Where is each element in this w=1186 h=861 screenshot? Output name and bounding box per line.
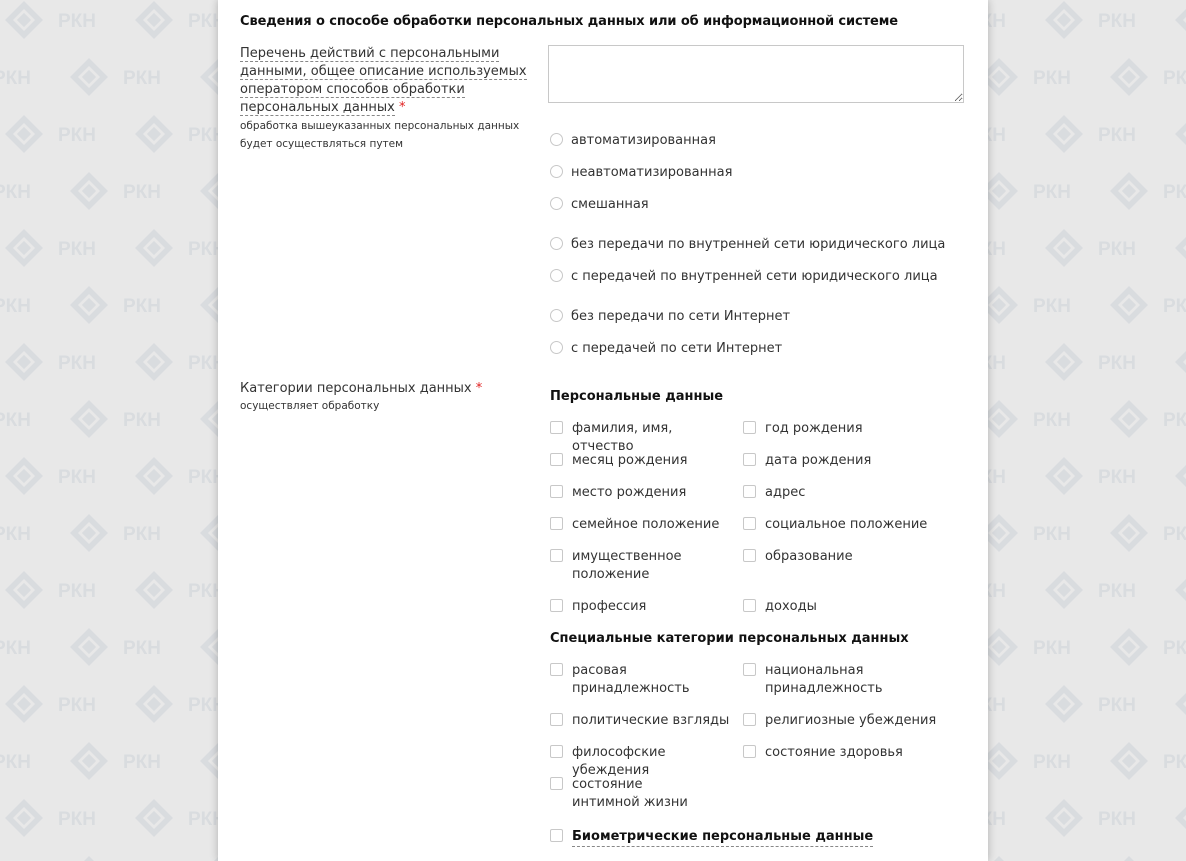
checkbox-political-views[interactable]: политические взгляды [550, 712, 735, 730]
checkbox-icon[interactable] [743, 663, 756, 676]
checkbox-birth-month[interactable]: месяц рождения [550, 452, 735, 470]
radio-icon[interactable] [550, 133, 563, 146]
categories-field-hint: осуществляет обработку [240, 398, 540, 414]
checkbox-birth-date[interactable]: дата рождения [743, 452, 871, 470]
checkbox-icon[interactable] [550, 713, 563, 726]
label-line: оператором способов обработки [240, 82, 465, 98]
checkbox-icon[interactable] [550, 829, 563, 842]
checkbox-icon[interactable] [743, 713, 756, 726]
checkbox-race[interactable]: расовая принадлежность [550, 662, 690, 698]
checkbox-icon[interactable] [550, 421, 563, 434]
option-label: семейное положение [572, 516, 719, 534]
actions-field-label: Перечень действий с персональными данным… [240, 45, 530, 153]
option-label: автоматизированная [571, 132, 716, 150]
option-label: философские убеждения [572, 744, 740, 780]
option-label: имущественное положение [572, 548, 690, 584]
radio-icon[interactable] [550, 197, 563, 210]
section-title: Сведения о способе обработки персональны… [240, 14, 898, 29]
checkbox-property-status[interactable]: имущественное положение [550, 548, 690, 584]
radio-no-internal-network[interactable]: без передачи по внутренней сети юридичес… [550, 236, 945, 254]
special-categories-title: Специальные категории персональных данны… [550, 631, 909, 646]
checkbox-icon[interactable] [743, 453, 756, 466]
checkbox-nationality[interactable]: национальная принадлежность [743, 662, 878, 698]
biometric-label: Биометрические персональные данные [572, 828, 873, 847]
checkbox-full-name[interactable]: фамилия, имя, отчество [550, 420, 735, 456]
radio-internet[interactable]: с передачей по сети Интернет [550, 340, 782, 358]
checkbox-icon[interactable] [550, 453, 563, 466]
checkbox-birth-year[interactable]: год рождения [743, 420, 863, 438]
categories-field-label: Категории персональных данных * осуществ… [240, 380, 530, 414]
option-label: дата рождения [765, 452, 871, 470]
checkbox-icon[interactable] [743, 485, 756, 498]
option-label: смешанная [571, 196, 649, 214]
checkbox-icon[interactable] [550, 599, 563, 612]
required-mark: * [399, 100, 406, 115]
checkbox-biometric[interactable]: Биометрические персональные данные [550, 828, 873, 847]
radio-icon[interactable] [550, 165, 563, 178]
option-label: доходы [765, 598, 817, 616]
checkbox-birth-place[interactable]: место рождения [550, 484, 735, 502]
option-label: с передачей по внутренней сети юридическ… [571, 268, 938, 286]
label-line: персональных данных [240, 100, 395, 116]
option-label: без передачи по сети Интернет [571, 308, 790, 326]
radio-internal-network[interactable]: с передачей по внутренней сети юридическ… [550, 268, 938, 286]
label-line: данными, общее описание используемых [240, 64, 527, 80]
checkbox-icon[interactable] [550, 517, 563, 530]
option-label: национальная принадлежность [765, 662, 883, 698]
checkbox-icon[interactable] [550, 663, 563, 676]
checkbox-icon[interactable] [550, 485, 563, 498]
required-mark: * [476, 381, 483, 396]
checkbox-icon[interactable] [550, 549, 563, 562]
categories-label-text: Категории персональных данных [240, 381, 472, 396]
option-label: состояние интимной жизни [572, 776, 710, 812]
checkbox-icon[interactable] [743, 549, 756, 562]
radio-icon[interactable] [550, 237, 563, 250]
radio-mixed[interactable]: смешанная [550, 196, 649, 214]
checkbox-income[interactable]: доходы [743, 598, 817, 616]
actions-field-hint: обработка вышеуказанных персональных дан… [240, 117, 540, 153]
radio-icon[interactable] [550, 269, 563, 282]
radio-non-automated[interactable]: неавтоматизированная [550, 164, 732, 182]
option-label: профессия [572, 598, 646, 616]
checkbox-icon[interactable] [743, 421, 756, 434]
option-label: адрес [765, 484, 805, 502]
checkbox-philosophical-beliefs[interactable]: философские убеждения [550, 744, 740, 780]
checkbox-address[interactable]: адрес [743, 484, 805, 502]
option-label: политические взгляды [572, 712, 729, 730]
form-panel: Сведения о способе обработки персональны… [218, 0, 988, 861]
option-label: место рождения [572, 484, 686, 502]
radio-icon[interactable] [550, 341, 563, 354]
radio-icon[interactable] [550, 309, 563, 322]
checkbox-religious-beliefs[interactable]: религиозные убеждения [743, 712, 936, 730]
radio-automated[interactable]: автоматизированная [550, 132, 716, 150]
actions-description-textarea[interactable] [548, 45, 964, 103]
label-line: Перечень действий с персональными [240, 46, 499, 62]
checkbox-marital-status[interactable]: семейное положение [550, 516, 735, 534]
checkbox-social-status[interactable]: социальное положение [743, 516, 927, 534]
option-label: расовая принадлежность [572, 662, 690, 698]
option-label: с передачей по сети Интернет [571, 340, 782, 358]
checkbox-icon[interactable] [743, 599, 756, 612]
checkbox-intimate-life[interactable]: состояние интимной жизни [550, 776, 710, 812]
checkbox-icon[interactable] [550, 777, 563, 790]
option-label: состояние здоровья [765, 744, 903, 762]
option-label: год рождения [765, 420, 863, 438]
option-label: неавтоматизированная [571, 164, 732, 182]
checkbox-health-status[interactable]: состояние здоровья [743, 744, 903, 762]
checkbox-education[interactable]: образование [743, 548, 853, 566]
option-label: без передачи по внутренней сети юридичес… [571, 236, 945, 254]
checkbox-icon[interactable] [743, 517, 756, 530]
option-label: религиозные убеждения [765, 712, 936, 730]
checkbox-profession[interactable]: профессия [550, 598, 735, 616]
option-label: фамилия, имя, отчество [572, 420, 735, 456]
option-label: образование [765, 548, 853, 566]
checkbox-icon[interactable] [743, 745, 756, 758]
option-label: месяц рождения [572, 452, 687, 470]
radio-no-internet[interactable]: без передачи по сети Интернет [550, 308, 790, 326]
personal-data-title: Персональные данные [550, 389, 723, 404]
option-label: социальное положение [765, 516, 927, 534]
checkbox-icon[interactable] [550, 745, 563, 758]
